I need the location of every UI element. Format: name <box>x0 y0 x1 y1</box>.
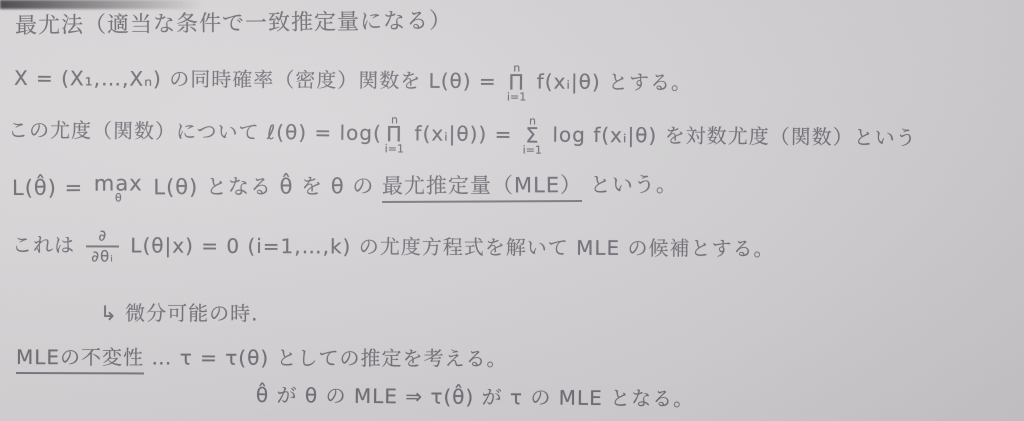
math-operator-with-limits: nΠi=1 <box>507 63 527 102</box>
log-likelihood-line: この尤度（関数）について ℓ(θ) = log(nΠi=1 f(xᵢ|θ)) =… <box>8 112 917 159</box>
likelihood-equation-line: これは ∂∂θᵢ L(θ|x) = 0 (i=1,…,k) の尤度方程式を解いて… <box>12 228 775 268</box>
note-segment: L(θ) となる θ̂ を θ の <box>146 174 382 199</box>
note-segment: この尤度（関数）について ℓ(θ) = log( <box>8 118 382 145</box>
note-segment: θ̂ が θ の MLE ⇒ τ(θ̂) が τ の MLE となる。 <box>256 383 694 411</box>
operator-lower-limit: i=1 <box>523 145 542 155</box>
fraction-denominator: ∂θᵢ <box>86 245 119 265</box>
operator-symbol: max <box>94 174 143 193</box>
math-operator-with-limits: maxθ <box>94 174 143 203</box>
underlined-term: 最尤推定量（MLE） <box>382 173 582 203</box>
mle-definition-line: L(θ̂) = maxθ L(θ) となる θ̂ を θ の 最尤推定量（MLE… <box>12 169 678 204</box>
notebook-page-photo: 最尤法（適当な条件で一致推定量になる）X = (X₁,…,Xₙ) の同時確率（密… <box>0 0 1024 421</box>
math-fraction: ∂∂θᵢ <box>86 228 119 265</box>
underlined-term: MLEの不変性 <box>16 345 144 374</box>
invariance-line: MLEの不変性 … τ = τ(θ) としての推定を考える。 <box>16 341 508 372</box>
note-segment: f(xᵢ|θ)) = <box>407 121 520 146</box>
differentiable-note-line: ↳ 微分可能の時. <box>100 297 259 327</box>
operator-lower-limit: θ <box>115 193 122 203</box>
note-segment: L(θ̂) = <box>12 176 91 200</box>
fraction-numerator: ∂ <box>93 228 112 245</box>
note-segment: X = (X₁,…,Xₙ) の同時確率（密度）関数を L(θ) = <box>14 66 504 93</box>
math-operator-with-limits: nΠi=1 <box>385 115 405 154</box>
operator-lower-limit: i=1 <box>385 144 404 154</box>
note-segment: L(θ|x) = 0 (i=1,…,k) の尤度方程式を解いて MLE の候補と… <box>123 233 775 260</box>
note-segment: これは <box>12 233 82 257</box>
note-segment: log f(xᵢ|θ) を対数尤度（関数）という <box>545 123 917 150</box>
title-line: 最尤法（適当な条件で一致推定量になる） <box>15 4 452 40</box>
note-segment: 最尤法（適当な条件で一致推定量になる） <box>15 9 452 39</box>
invariance-implication-line: θ̂ が θ の MLE ⇒ τ(θ̂) が τ の MLE となる。 <box>256 379 694 412</box>
operator-lower-limit: i=1 <box>507 92 526 102</box>
note-segment: … τ = τ(θ) としての推定を考える。 <box>144 345 508 370</box>
note-segment: という。 <box>582 173 678 198</box>
math-operator-with-limits: nΣi=1 <box>523 116 543 155</box>
likelihood-definition-line: X = (X₁,…,Xₙ) の同時確率（密度）関数を L(θ) = nΠi=1 … <box>14 60 692 103</box>
note-segment: ↳ 微分可能の時. <box>100 301 259 326</box>
note-segment: f(xᵢ|θ) とする。 <box>529 69 692 94</box>
